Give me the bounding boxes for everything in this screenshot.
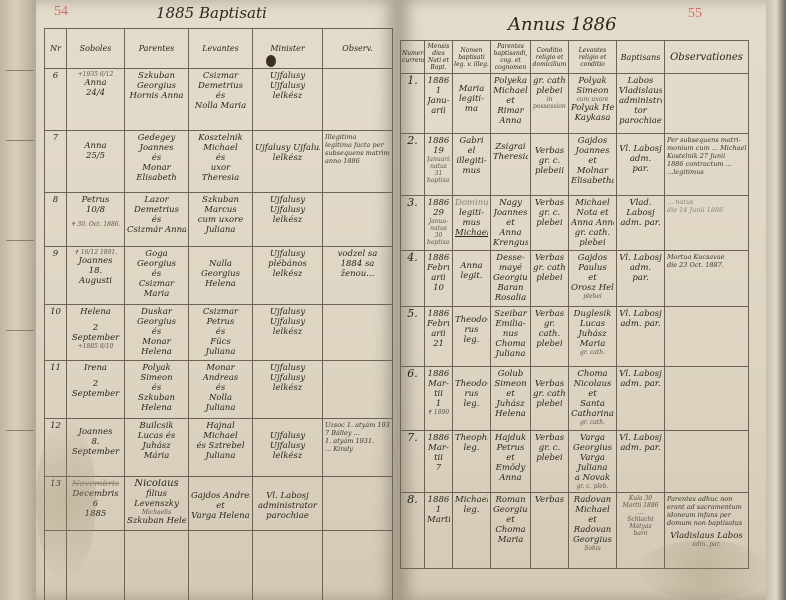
godparents-cell: Szkuban Marcus cum uxore Juliana: [189, 193, 253, 247]
entry-number: 11: [45, 361, 67, 419]
godparents-cell: Kosztelnik Michael és uxor Theresia: [189, 131, 253, 193]
header-minister: Minister: [253, 29, 323, 69]
parents-cell: Szkuban Georgius Hornis Anna: [125, 69, 189, 131]
page-title: Annus 1886: [508, 14, 617, 35]
page-edges-right: [766, 0, 786, 600]
header-levantes: Levantes: [189, 29, 253, 69]
parents-cell: Polyeka Michael et Rimar Anna: [491, 74, 531, 134]
register-spread: 54 1885 Baptisati Nr Soboles Parentes Le…: [0, 0, 786, 600]
header-mensis: Mensis dies Nati et Bapt.: [425, 41, 453, 74]
parents-cell: Lazor Demetrius és Csizmár Anna: [125, 193, 189, 247]
observ-cell: [665, 307, 749, 367]
observ-cell: Uzsoc 1. atyám 1931 7 Bálley ... 1. atyá…: [323, 419, 393, 477]
folio-number: 54: [54, 4, 68, 20]
entry-number: 3.: [401, 196, 425, 251]
baptisans-cell: Vl. Labosj adm. par.: [617, 251, 665, 307]
child-cell: Anna 25/5: [67, 131, 125, 193]
header-parentes: Parentes baptisandi, cog. et cognomen: [491, 41, 531, 74]
minister-cell: Vl. Labosj administrator parochiae: [253, 477, 323, 531]
table-row: 10 Helena 2 September +1885 8/10 Duskar …: [45, 305, 393, 361]
water-stain: [638, 540, 768, 600]
name-cell: Michael leg.: [453, 493, 491, 569]
table-row: 5. 1886 Febru- arii 21 Theodo- rus leg. …: [401, 307, 749, 367]
observ-cell: [323, 477, 393, 531]
minister-cell: Ujfalusy Ujfalusy lelkész: [253, 69, 323, 131]
minister-cell: Ujfalusy Ujfalusy lelkész: [253, 305, 323, 361]
godparents-cell: Csizmar Petrus és Fücs Juliana: [189, 305, 253, 361]
minister-cell: Ujfalusy Ujfalusy lelkész: [253, 131, 323, 193]
name-cell: Theodo- rus leg.: [453, 307, 491, 367]
levantes-cell: Gajdos Paulus et Orosz Hele- plebei: [569, 251, 617, 307]
baptisans-cell: Vl. Labosj adm. par.: [617, 134, 665, 196]
godparents-cell: Gajdos Andreas et Varga Helena: [189, 477, 253, 531]
child-cell: Petrus 10/8 ✝ 30. Oct. 1886.: [67, 193, 125, 247]
levantes-cell: Radovan Michael et Radovan Georgius Sohi…: [569, 493, 617, 569]
observ-cell: vodzel sa 1884 sa ženou...: [323, 247, 393, 305]
name-cell: Dominus legiti- mus Michael: [453, 196, 491, 251]
minister-cell: Ujfalusy plébános lelkész: [253, 247, 323, 305]
right-page: Annus 1886 55 Numerus currens Mensis die…: [398, 0, 770, 600]
entry-number: 9: [45, 247, 67, 305]
table-row: 4. 1886 Febru- arii 10 Anna legit. Desse…: [401, 251, 749, 307]
left-page: 54 1885 Baptisati Nr Soboles Parentes Le…: [36, 0, 398, 600]
folio-number: 55: [688, 6, 702, 22]
date-cell: 1886 1 Martii: [425, 493, 453, 569]
entry-number: 6.: [401, 367, 425, 431]
name-cell: Anna legit.: [453, 251, 491, 307]
minister-cell: Ujfalusy Ujfalusy lelkész: [253, 361, 323, 419]
observ-cell: ... natus die 14 Junii 1886: [665, 196, 749, 251]
baptism-table-1886: Numerus currens Mensis dies Nati et Bapt…: [400, 40, 749, 569]
religio-cell: Verbas gr. cath. plebei: [531, 307, 569, 367]
table-row: 11 Irena 2 September Polyak Simeon és Sz…: [45, 361, 393, 419]
table-row: 13 Novembris Decembris 6 1885 Nicolaus f…: [45, 477, 393, 531]
child-cell: +1935 6/12 Anna 24/4: [67, 69, 125, 131]
header-soboles: Soboles: [67, 29, 125, 69]
table-row: 3. 1886 29 Janua- natus 30 baptisa- Domi…: [401, 196, 749, 251]
table-header-row: Nr Soboles Parentes Levantes Minister Ob…: [45, 29, 393, 69]
observ-cell: [323, 361, 393, 419]
entry-number: 1.: [401, 74, 425, 134]
godparents-cell: Hajnal Michael és Sztrebel Juliana: [189, 419, 253, 477]
entry-number: 5.: [401, 307, 425, 367]
header-baptisans: Baptisans: [617, 41, 665, 74]
godparents-cell: Csizmar Demetrius és Nolla Maria: [189, 69, 253, 131]
table-header-row: Numerus currens Mensis dies Nati et Bapt…: [401, 41, 749, 74]
entry-number: 8: [45, 193, 67, 247]
header-numerus: Numerus currens: [401, 41, 425, 74]
levantes-cell: Polyak Simeon cum uxore Polyak He- Kayka…: [569, 74, 617, 134]
water-stain: [36, 420, 96, 580]
observ-cell: [665, 367, 749, 431]
parents-cell: Roman Georgius et Choma Maria: [491, 493, 531, 569]
header-conditio: Conditio religio et domicilium: [531, 41, 569, 74]
parents-cell: Gedegey Joannes és Monar Elisabeth: [125, 131, 189, 193]
entry-number: 6: [45, 69, 67, 131]
parents-cell: Golub Simeon et Juhász Helena: [491, 367, 531, 431]
page-title: 1885 Baptisati: [156, 4, 267, 22]
table-row: 7. 1886 Mar- tii 7 Theophil leg. Hajduk …: [401, 431, 749, 493]
religio-cell: Verbas gr. cath. plebei: [531, 367, 569, 431]
date-cell: 1886 19 Januarii natus 31 baptisa-: [425, 134, 453, 196]
entry-number: 2.: [401, 134, 425, 196]
levantes-cell: Choma Nicolaus et Santa Catharina gr. ca…: [569, 367, 617, 431]
date-cell: 1886 Febru- arii 21: [425, 307, 453, 367]
name-cell: Maria legiti- ma: [453, 74, 491, 134]
header-nomen: Nomen baptisati leg. v. illeg.: [453, 41, 491, 74]
table-row: 6. 1886 Mar- tii 1 ✝ 1890 ... Theodo- ru…: [401, 367, 749, 431]
table-row: 9 ✝ 16/12 1891. Joannes 18. Augusti Goga…: [45, 247, 393, 305]
date-cell: 1886 1 Janu- arii: [425, 74, 453, 134]
levantes-cell: Varga Georgius Varga Juliana a Novak gr.…: [569, 431, 617, 493]
entry-number: 8.: [401, 493, 425, 569]
observ-cell: Illegitima legitima facta per subsequens…: [323, 131, 393, 193]
entry-number: 10: [45, 305, 67, 361]
observ-cell: Per subsequens matri- monium cum ... Mic…: [665, 134, 749, 196]
observ-cell: [323, 305, 393, 361]
levantes-cell: Gajdos Joannes et Molnar Elisabetha: [569, 134, 617, 196]
table-row: 8 Petrus 10/8 ✝ 30. Oct. 1886. Lazor Dem…: [45, 193, 393, 247]
header-nr: Nr: [45, 29, 67, 69]
godparents-cell: Nalla Georgius Helena: [189, 247, 253, 305]
observ-cell: [323, 193, 393, 247]
child-cell: Irena 2 September: [67, 361, 125, 419]
baptism-table-1885: Nr Soboles Parentes Levantes Minister Ob…: [44, 28, 393, 600]
child-cell: Helena 2 September +1885 8/10: [67, 305, 125, 361]
table-row: 1. 1886 1 Janu- arii Maria legiti- ma Po…: [401, 74, 749, 134]
table-row: 2. 1886 19 Januarii natus 31 baptisa- Ga…: [401, 134, 749, 196]
baptisans-cell: Vl. Labosj adm. par.: [617, 431, 665, 493]
header-parentes: Parentes: [125, 29, 189, 69]
name-cell: Theodo- rus leg.: [453, 367, 491, 431]
table-row: 7 Anna 25/5 Gedegey Joannes és Monar Eli…: [45, 131, 393, 193]
levantes-cell: Duglesik Lucas Juhász Maria gr. cath.: [569, 307, 617, 367]
parents-cell: Goga Georgius és Csizmar Maria: [125, 247, 189, 305]
baptisans-cell: Labos Vladislaus administra- tor parochi…: [617, 74, 665, 134]
parents-cell: Nagy Joannes et Anna Krengus: [491, 196, 531, 251]
table-row: 6 +1935 6/12 Anna 24/4 Szkuban Georgius …: [45, 69, 393, 131]
religio-cell: Verbas gr. c. plebeii: [531, 134, 569, 196]
table-row-empty: [45, 531, 393, 600]
parents-cell: Builcsik Lucas és Juhász Mária: [125, 419, 189, 477]
levantes-cell: Michael Nota et Anna Anna gr. cath. pleb…: [569, 196, 617, 251]
observ-cell: [665, 431, 749, 493]
observ-cell: Mortua Kucsavae die 23 Oct. 1887.: [665, 251, 749, 307]
entry-number: 4.: [401, 251, 425, 307]
entry-number: 7: [45, 131, 67, 193]
minister-cell: Ujfalusy Ujfalusy lelkész: [253, 419, 323, 477]
parents-cell: Duskar Georgius és Monar Helena: [125, 305, 189, 361]
name-cell: Theophil leg.: [453, 431, 491, 493]
religio-cell: Verbas gr. c. plebei: [531, 431, 569, 493]
parents-cell: Nicolaus filius Levenszky Michaelis Szku…: [125, 477, 189, 531]
entry-number: 7.: [401, 431, 425, 493]
observ-cell: [665, 74, 749, 134]
godparents-cell: Monar Andreas és Nolla Juliana: [189, 361, 253, 419]
baptisans-cell: Vl. Labosj adm. par.: [617, 307, 665, 367]
table-row: 12 Joannes 8. September Builcsik Lucas é…: [45, 419, 393, 477]
parents-cell: Desse- mayé Georgius Baran Rosalia: [491, 251, 531, 307]
parents-cell: Polyak Simeon és Szkuban Helena: [125, 361, 189, 419]
baptisans-cell: Vl. Labosj adm. par.: [617, 367, 665, 431]
header-observ: Observ.: [323, 29, 393, 69]
name-cell: Gabri el illegiti- mus: [453, 134, 491, 196]
date-cell: 1886 Mar- tii 7: [425, 431, 453, 493]
religio-cell: Verbas: [531, 493, 569, 569]
header-observationes: Observationes: [665, 41, 749, 74]
page-edges-left: [0, 0, 40, 600]
header-levantes: Levantes religio et conditio: [569, 41, 617, 74]
religio-cell: Verbas gr. c. plebei: [531, 196, 569, 251]
parents-cell: Hajduk Petrus et Emödy Anna: [491, 431, 531, 493]
religio-cell: gr. cath. plebei in possessione: [531, 74, 569, 134]
parents-cell: Szeibar Emilia- nus Choma Juliana: [491, 307, 531, 367]
date-cell: 1886 Febru- arii 10: [425, 251, 453, 307]
observ-cell: [323, 69, 393, 131]
child-cell: ✝ 16/12 1891. Joannes 18. Augusti: [67, 247, 125, 305]
date-cell: 1886 Mar- tii 1 ✝ 1890 ...: [425, 367, 453, 431]
baptisans-cell: Vlad. Labosj adm. par.: [617, 196, 665, 251]
parents-cell: Zsigrai Theresia: [491, 134, 531, 196]
religio-cell: Verbas gr. cath. plebei: [531, 251, 569, 307]
minister-cell: Ujfalusy Ujfalusy lelkész: [253, 193, 323, 247]
date-cell: 1886 29 Janua- natus 30 baptisa-: [425, 196, 453, 251]
